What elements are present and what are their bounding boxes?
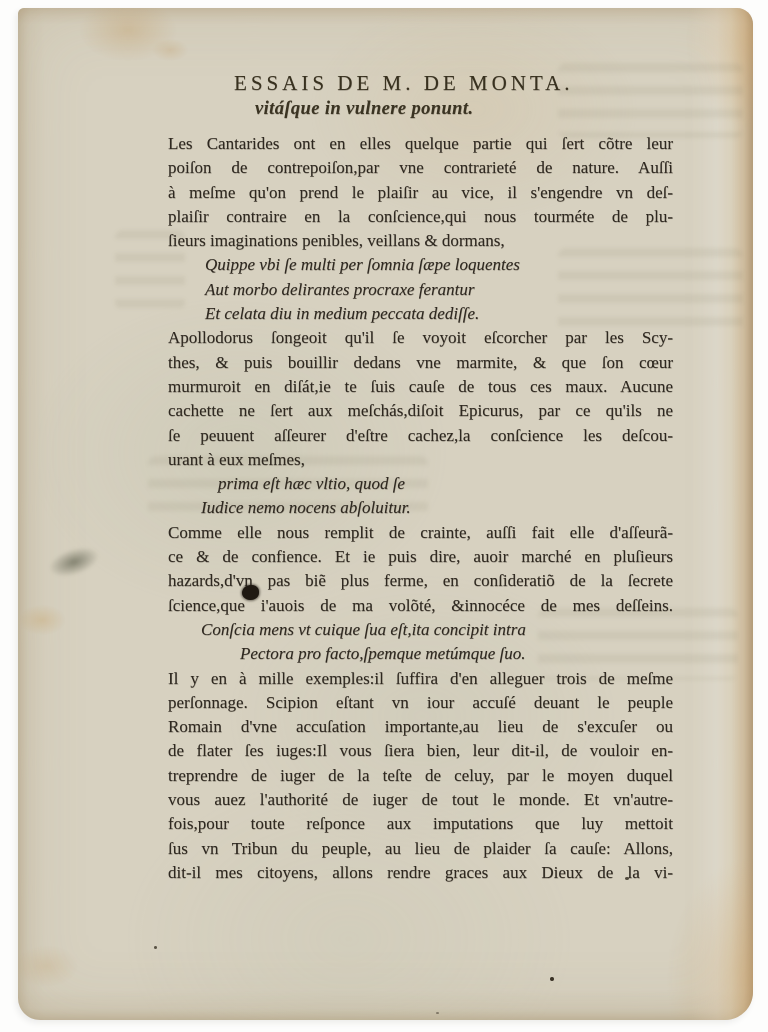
text-line: Et celata diu in medium peccata dediſſe. xyxy=(168,302,673,326)
text-line: à meſme qu'on prend le plaiſir au vice, … xyxy=(168,181,673,205)
running-header: ESSAIS DE M. DE MONTA. xyxy=(234,71,574,96)
ink-smudge xyxy=(45,542,102,583)
text-line: urant à eux meſmes, xyxy=(168,448,673,472)
ink-speck xyxy=(436,1012,439,1014)
text-line: Les Cantarides ont en elles quelque part… xyxy=(168,132,673,156)
text-line: de flater ſes iuges:Il vous ſiera bien, … xyxy=(168,739,673,763)
ink-speck xyxy=(550,977,554,981)
text-line: poiſon de contrepoiſon,par vne contrarie… xyxy=(168,156,673,180)
text-line: Apollodorus ſongeoit qu'il ſe voyoit eſc… xyxy=(168,326,673,350)
text-line: ſieurs imaginations penibles, veillans &… xyxy=(168,229,673,253)
text-line: Comme elle nous remplit de crainte, auſſ… xyxy=(168,521,673,545)
text-line: Conſcia mens vt cuique ſua eſt,ita conci… xyxy=(168,618,673,642)
text-line: ſe peuuent aſſeurer d'eſtre cachez,la co… xyxy=(168,424,673,448)
text-line: Aut morbo delirantes procraxe ferantur xyxy=(168,278,673,302)
text-line: Quippe vbi ſe multi per ſomnia ſæpe loqu… xyxy=(168,253,673,277)
text-line: dit-il mes citoyens, allons rendre grace… xyxy=(168,861,673,885)
text-line: Pectora pro facto,ſpemque metúmque ſuo. xyxy=(168,642,673,666)
text-line: perſonnage. Scipion eſtant vn iour accuſ… xyxy=(168,691,673,715)
text-line: plaiſir contraire en la conſcience,qui n… xyxy=(168,205,673,229)
text-line: Il y en à mille exemples:il ſuffira d'en… xyxy=(168,667,673,691)
ink-speck xyxy=(154,946,157,949)
body-text: Les Cantarides ont en elles quelque part… xyxy=(168,132,673,885)
ink-blot xyxy=(242,585,259,600)
text-line: ſus vn Tribun du peuple, au lieu de plai… xyxy=(168,837,673,861)
text-line: prima eſt hæc vltio, quod ſe xyxy=(168,472,673,496)
latin-verse-fragment: vitáſque in vulnere ponunt. xyxy=(255,99,473,120)
text-line: murmuroit en diſát,ie te ſuis cauſe de t… xyxy=(168,375,673,399)
text-line: vous auez l'authorité de iuger de tout l… xyxy=(168,788,673,812)
scan-background: { "colors": { "paper": "#d7d1c0", "ink":… xyxy=(0,0,768,1032)
text-line: ce & de confience. Et ie puis dire, auoi… xyxy=(168,545,673,569)
text-line: fois,pour toute reſponce aux imputations… xyxy=(168,812,673,836)
book-page: ESSAIS DE M. DE MONTA. vitáſque in vulne… xyxy=(18,8,753,1020)
text-line: Romain d'vne accuſation importante,au li… xyxy=(168,715,673,739)
showthrough-patch xyxy=(558,63,743,138)
text-line: cachette ne ſert aux meſchás,diſoit Epic… xyxy=(168,399,673,423)
text-line: treprendre de iuger de la teſte de celuy… xyxy=(168,764,673,788)
text-line: Iudice nemo nocens abſoluitur. xyxy=(168,496,673,520)
text-line: thes, & puis bouillir dedans vne marmite… xyxy=(168,351,673,375)
ink-speck xyxy=(625,877,629,880)
